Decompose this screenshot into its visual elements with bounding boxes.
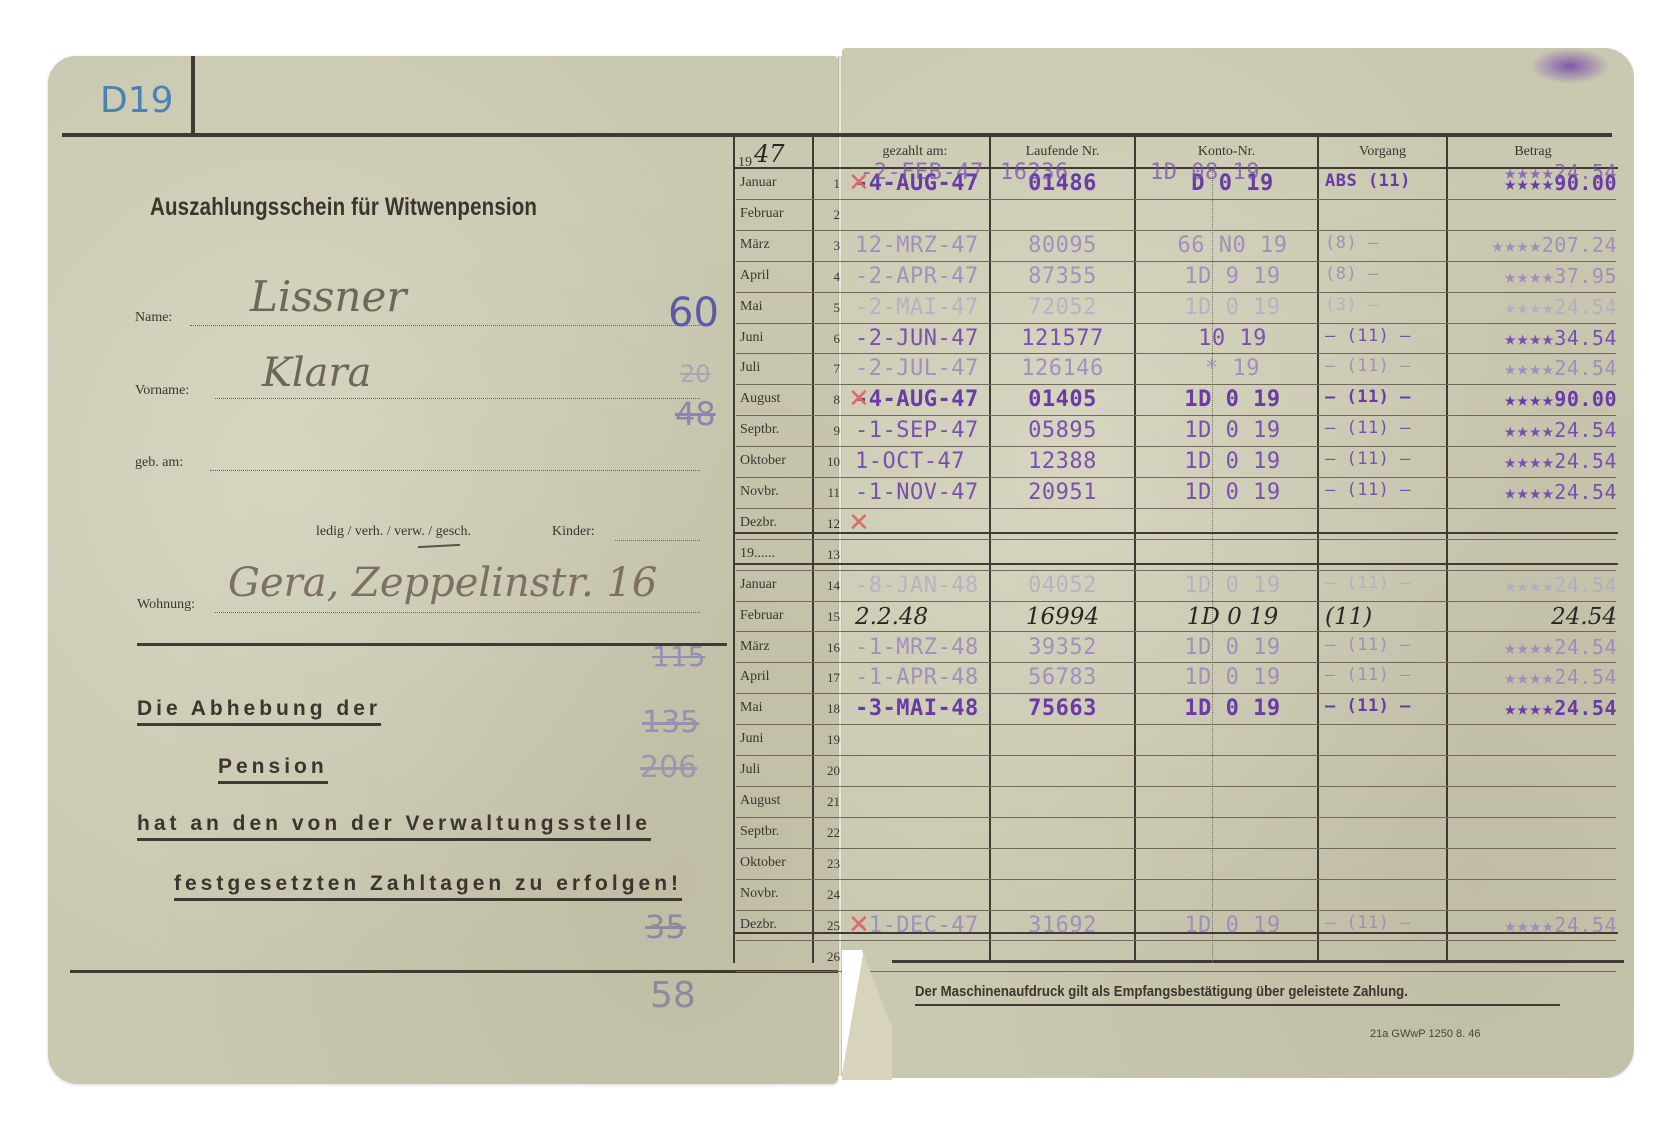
year-handwritten: 47 xyxy=(754,140,785,168)
entry-betrag: ★★★★24.54 xyxy=(1452,635,1617,659)
document-title: Auszahlungsschein für Witwenpension xyxy=(150,193,537,222)
entry-konto-nr: 1D 0 19 xyxy=(1150,635,1315,660)
file-code-divider xyxy=(191,56,195,136)
month-label: Februar xyxy=(736,206,816,222)
entry-vorgang: (11) xyxy=(1325,604,1445,630)
row-number: 15 xyxy=(816,609,840,625)
entry-date: -1-SEP-47 xyxy=(855,418,985,443)
entry-date: -8-JAN-48 xyxy=(855,573,985,598)
month-label: August xyxy=(736,793,816,809)
entry-vorgang: (8) — xyxy=(1325,264,1445,284)
row-number: 3 xyxy=(816,238,840,254)
row-divider xyxy=(736,879,1616,880)
entry-konto-nr: 1D 0 19 xyxy=(1150,480,1315,505)
row-divider xyxy=(736,446,1616,447)
row-number: 10 xyxy=(816,454,840,470)
entry-vorgang: — (11) — xyxy=(1325,635,1445,655)
margin-note-58: 58 xyxy=(650,975,696,1016)
row-number: 19 xyxy=(816,732,840,748)
entry-konto-nr: 1D 9 19 xyxy=(1150,264,1315,289)
personal-section-rule xyxy=(137,643,727,646)
row-number: 26 xyxy=(816,949,840,965)
month-label: Septbr. xyxy=(736,422,816,438)
entry-date: -3-MAI-48 xyxy=(855,696,985,721)
violet-smudge xyxy=(1530,48,1610,84)
row-divider xyxy=(736,817,1616,818)
entry-vorgang: — (11) — xyxy=(1325,696,1445,716)
month-label: Juni xyxy=(736,731,816,747)
row-divider xyxy=(736,261,1616,262)
entry-vorgang: — (11) — xyxy=(1325,356,1445,376)
col-header-vorgang: Vorgang xyxy=(1319,144,1446,160)
entry-konto-nr: * 19 xyxy=(1150,356,1315,381)
entry-betrag: ★★★★207.24 xyxy=(1452,233,1617,257)
month-label: Februar xyxy=(736,608,816,624)
row-divider xyxy=(736,940,1616,941)
month-label: Juni xyxy=(736,330,816,346)
row-number: 1 xyxy=(816,176,840,192)
col-header-konto: Konto-Nr. xyxy=(1136,144,1317,160)
entry-date: -2-JUN-47 xyxy=(855,326,985,351)
col-header-gezahlt: gezahlt am: xyxy=(850,144,980,160)
footer-note-underline xyxy=(915,1004,1560,1006)
entry-vorgang: — (11) — xyxy=(1325,665,1445,685)
month-label: Dezbr. xyxy=(736,515,816,531)
month-label: März xyxy=(736,237,816,253)
month-label: Mai xyxy=(736,700,816,716)
row-divider xyxy=(736,323,1616,324)
month-label: April xyxy=(736,268,816,284)
entry-date: -2-MAI-47 xyxy=(855,295,985,320)
entry-date: -1-APR-48 xyxy=(855,665,985,690)
entry-date: -1-DEC-47 xyxy=(855,913,985,938)
geb-am-field-line xyxy=(210,470,700,471)
red-x-mark: ✕ xyxy=(848,508,870,538)
month-label: April xyxy=(736,669,816,685)
entry-date: 2.2.48 xyxy=(855,604,985,630)
kinder-label: Kinder: xyxy=(552,524,595,540)
wohnung-label: Wohnung: xyxy=(137,597,195,613)
entry-konto-nr: 10 19 xyxy=(1150,326,1315,351)
entry-betrag: ★★★★24.54 xyxy=(1452,665,1617,689)
row-divider xyxy=(736,477,1616,478)
entry-betrag: ★★★★24.54 xyxy=(1452,449,1617,473)
row-divider xyxy=(736,199,1616,200)
col-header-laufende: Laufende Nr. xyxy=(991,144,1134,160)
entry-laufende-nr: 20951 xyxy=(995,480,1130,505)
month-label: August xyxy=(736,391,816,407)
entry-date: 1-OCT-47 xyxy=(855,449,985,474)
red-x-mark: ✕ xyxy=(848,910,870,940)
bottom-rule-right xyxy=(892,960,1624,963)
entry-konto-nr: 1D 0 19 xyxy=(1150,449,1315,474)
entry-konto-nr: 1D 0 19 xyxy=(1150,913,1315,938)
entry-betrag: ★★★★24.54 xyxy=(1452,573,1617,597)
entry-laufende-nr: 72052 xyxy=(995,295,1130,320)
row-divider xyxy=(736,570,1616,571)
entry-betrag: ★★★★34.54 xyxy=(1452,326,1617,350)
row-number: 14 xyxy=(816,578,840,594)
year-prefix: 19 xyxy=(738,155,752,170)
vorname-field-line xyxy=(215,398,700,399)
year-label-1947: 1947 xyxy=(738,144,783,172)
notice-line-1: Die Abhebung der xyxy=(137,697,381,726)
row-number: 13 xyxy=(816,547,840,563)
notice-line-4: festgesetzten Zahltagen zu erfolgen! xyxy=(174,872,682,901)
notice-line-3: hat an den von der Verwaltungsstelle xyxy=(137,812,651,841)
file-code: D19 xyxy=(100,80,174,121)
row-number: 24 xyxy=(816,887,840,903)
kinder-field-line xyxy=(615,540,700,541)
entry-konto-nr: 1D 0 19 xyxy=(1150,696,1315,721)
month-label: Oktober xyxy=(736,453,816,469)
month-label: Novbr. xyxy=(736,886,816,902)
name-field-line xyxy=(190,325,700,326)
red-x-mark: ✕ xyxy=(848,384,870,414)
row-divider xyxy=(736,693,1616,694)
row-number: 23 xyxy=(816,856,840,872)
entry-konto-nr: 66 N0 19 xyxy=(1150,233,1315,258)
row-number: 21 xyxy=(816,794,840,810)
entry-betrag: ★★★★24.54 xyxy=(1452,418,1617,442)
entry-laufende-nr: 12388 xyxy=(995,449,1130,474)
vorname-value: Klara xyxy=(262,350,372,396)
entry-vorgang: — (11) — xyxy=(1325,326,1445,346)
entry-vorgang: — (11) — xyxy=(1325,573,1445,593)
row-divider xyxy=(736,724,1616,725)
month-label: Mai xyxy=(736,299,816,315)
wohnung-value: Gera, Zeppelinstr. 16 xyxy=(228,560,657,606)
row-number: 12 xyxy=(816,516,840,532)
entry-betrag: ★★★★24.54 xyxy=(1452,295,1617,319)
entry-konto-nr: 1D 0 19 xyxy=(1150,418,1315,443)
marital-status-options: ledig / verh. / verw. / gesch. xyxy=(316,524,471,540)
name-value: Lissner xyxy=(250,272,406,321)
entry-vorgang: — (11) — xyxy=(1325,449,1445,469)
entry-vorgang: ABS (11) xyxy=(1325,171,1445,191)
entry-vorgang: — (11) — xyxy=(1325,418,1445,438)
entry-laufende-nr: 04052 xyxy=(995,573,1130,598)
month-label: Januar xyxy=(736,577,816,593)
red-x-mark: ✕ xyxy=(848,168,870,198)
margin-note-60: 60 xyxy=(668,290,719,336)
entry-laufende-nr: 39352 xyxy=(995,635,1130,660)
row-divider xyxy=(736,631,1616,632)
row-number: 8 xyxy=(816,392,840,408)
row-divider xyxy=(736,292,1616,293)
row-number: 5 xyxy=(816,300,840,316)
entry-konto-nr: 1D 0 19 xyxy=(1150,573,1315,598)
entry-date: -4-AUG-47 xyxy=(855,387,985,412)
wohnung-field-line xyxy=(215,612,700,613)
print-code: 21a GWwP 1250 8. 46 xyxy=(1370,1028,1480,1040)
entry-laufende-nr: 126146 xyxy=(995,356,1130,381)
entry-laufende-nr: 75663 xyxy=(995,696,1130,721)
footer-note: Der Maschinenaufdruck gilt als Empfangsb… xyxy=(915,983,1408,1000)
entry-date: -2-JUL-47 xyxy=(855,356,985,381)
entry-laufende-nr: 80095 xyxy=(995,233,1130,258)
month-label: Dezbr. xyxy=(736,917,816,933)
month-label: Januar xyxy=(736,175,816,191)
month-label: Novbr. xyxy=(736,484,816,500)
row-divider xyxy=(736,230,1616,231)
entry-betrag: ★★★★24.54 xyxy=(1452,480,1617,504)
month-label: 19...... xyxy=(736,546,816,562)
overprint-betrag: ★★★★24.54 xyxy=(1452,160,1617,184)
entry-vorgang: (8) — xyxy=(1325,233,1445,253)
entry-betrag: ★★★★24.54 xyxy=(1452,696,1617,720)
entry-betrag: ★★★★24.54 xyxy=(1452,913,1617,937)
entry-betrag: ★★★★24.54 xyxy=(1452,356,1617,380)
entry-vorgang: — (11) — xyxy=(1325,387,1445,407)
entry-laufende-nr: 87355 xyxy=(995,264,1130,289)
entry-konto-nr: 1D 0 19 xyxy=(1150,665,1315,690)
row-divider xyxy=(736,662,1616,663)
name-label: Name: xyxy=(135,310,172,326)
month-col-left-border xyxy=(733,137,735,963)
top-rule xyxy=(62,133,1612,137)
month-label: Juli xyxy=(736,762,816,778)
row-number: 2 xyxy=(816,207,840,223)
year-separator-rule-2 xyxy=(733,563,1618,565)
row-number: 4 xyxy=(816,269,840,285)
entry-betrag: 24.54 xyxy=(1452,604,1617,630)
row-divider xyxy=(736,755,1616,756)
row-divider xyxy=(736,601,1616,602)
entry-laufende-nr: 31692 xyxy=(995,913,1130,938)
margin-note-20: 20 xyxy=(680,360,711,388)
row-divider xyxy=(736,539,1616,540)
row-divider xyxy=(736,848,1616,849)
row-number: 20 xyxy=(816,763,840,779)
entry-date: 12-MRZ-47 xyxy=(855,233,985,258)
entry-konto-nr: 1D 0 19 xyxy=(1150,604,1315,630)
row-number: 16 xyxy=(816,640,840,656)
col-header-betrag: Betrag xyxy=(1448,144,1618,160)
row-divider xyxy=(736,415,1616,416)
margin-note-48: 48 xyxy=(675,395,716,433)
month-label: März xyxy=(736,639,816,655)
entry-laufende-nr: 05895 xyxy=(995,418,1130,443)
entry-konto-nr: 1D 0 19 xyxy=(1150,387,1315,412)
month-label: Juli xyxy=(736,360,816,376)
geb-am-label: geb. am: xyxy=(135,455,183,471)
margin-note-115: 115 xyxy=(652,640,705,673)
margin-note-135: 135 xyxy=(642,705,699,740)
entry-laufende-nr: 56783 xyxy=(995,665,1130,690)
row-divider xyxy=(736,786,1616,787)
overprint-date: -2-FEB-47 xyxy=(860,160,984,185)
row-divider xyxy=(736,353,1616,354)
bottom-rule-left xyxy=(70,970,838,973)
overprint-lfd: 16236 xyxy=(1000,160,1069,185)
entry-date: -1-NOV-47 xyxy=(855,480,985,505)
row-number: 17 xyxy=(816,670,840,686)
entry-laufende-nr: 01405 xyxy=(995,387,1130,412)
entry-vorgang: — (11) — xyxy=(1325,913,1445,933)
margin-note-35: 35 xyxy=(645,908,686,946)
entry-vorgang: (3) — xyxy=(1325,295,1445,315)
entry-date: -2-APR-47 xyxy=(855,264,985,289)
month-label: Oktober xyxy=(736,855,816,871)
row-number: 11 xyxy=(816,485,840,501)
month-label: Septbr. xyxy=(736,824,816,840)
margin-note-206: 206 xyxy=(640,750,697,785)
entry-betrag: ★★★★37.95 xyxy=(1452,264,1617,288)
overprint-konto: 1D 08 19 xyxy=(1150,160,1260,185)
entry-laufende-nr: 121577 xyxy=(995,326,1130,351)
row-number: 9 xyxy=(816,423,840,439)
notice-line-2: Pension xyxy=(218,755,328,784)
entry-laufende-nr: 16994 xyxy=(995,604,1130,630)
row-number: 25 xyxy=(816,918,840,934)
entry-date: -1-MRZ-48 xyxy=(855,635,985,660)
row-number: 18 xyxy=(816,701,840,717)
entry-betrag: ★★★★90.00 xyxy=(1452,387,1617,411)
row-number: 6 xyxy=(816,331,840,347)
row-number: 22 xyxy=(816,825,840,841)
entry-konto-nr: 1D 0 19 xyxy=(1150,295,1315,320)
row-number: 7 xyxy=(816,361,840,377)
entry-vorgang: — (11) — xyxy=(1325,480,1445,500)
vorname-label: Vorname: xyxy=(135,383,189,399)
